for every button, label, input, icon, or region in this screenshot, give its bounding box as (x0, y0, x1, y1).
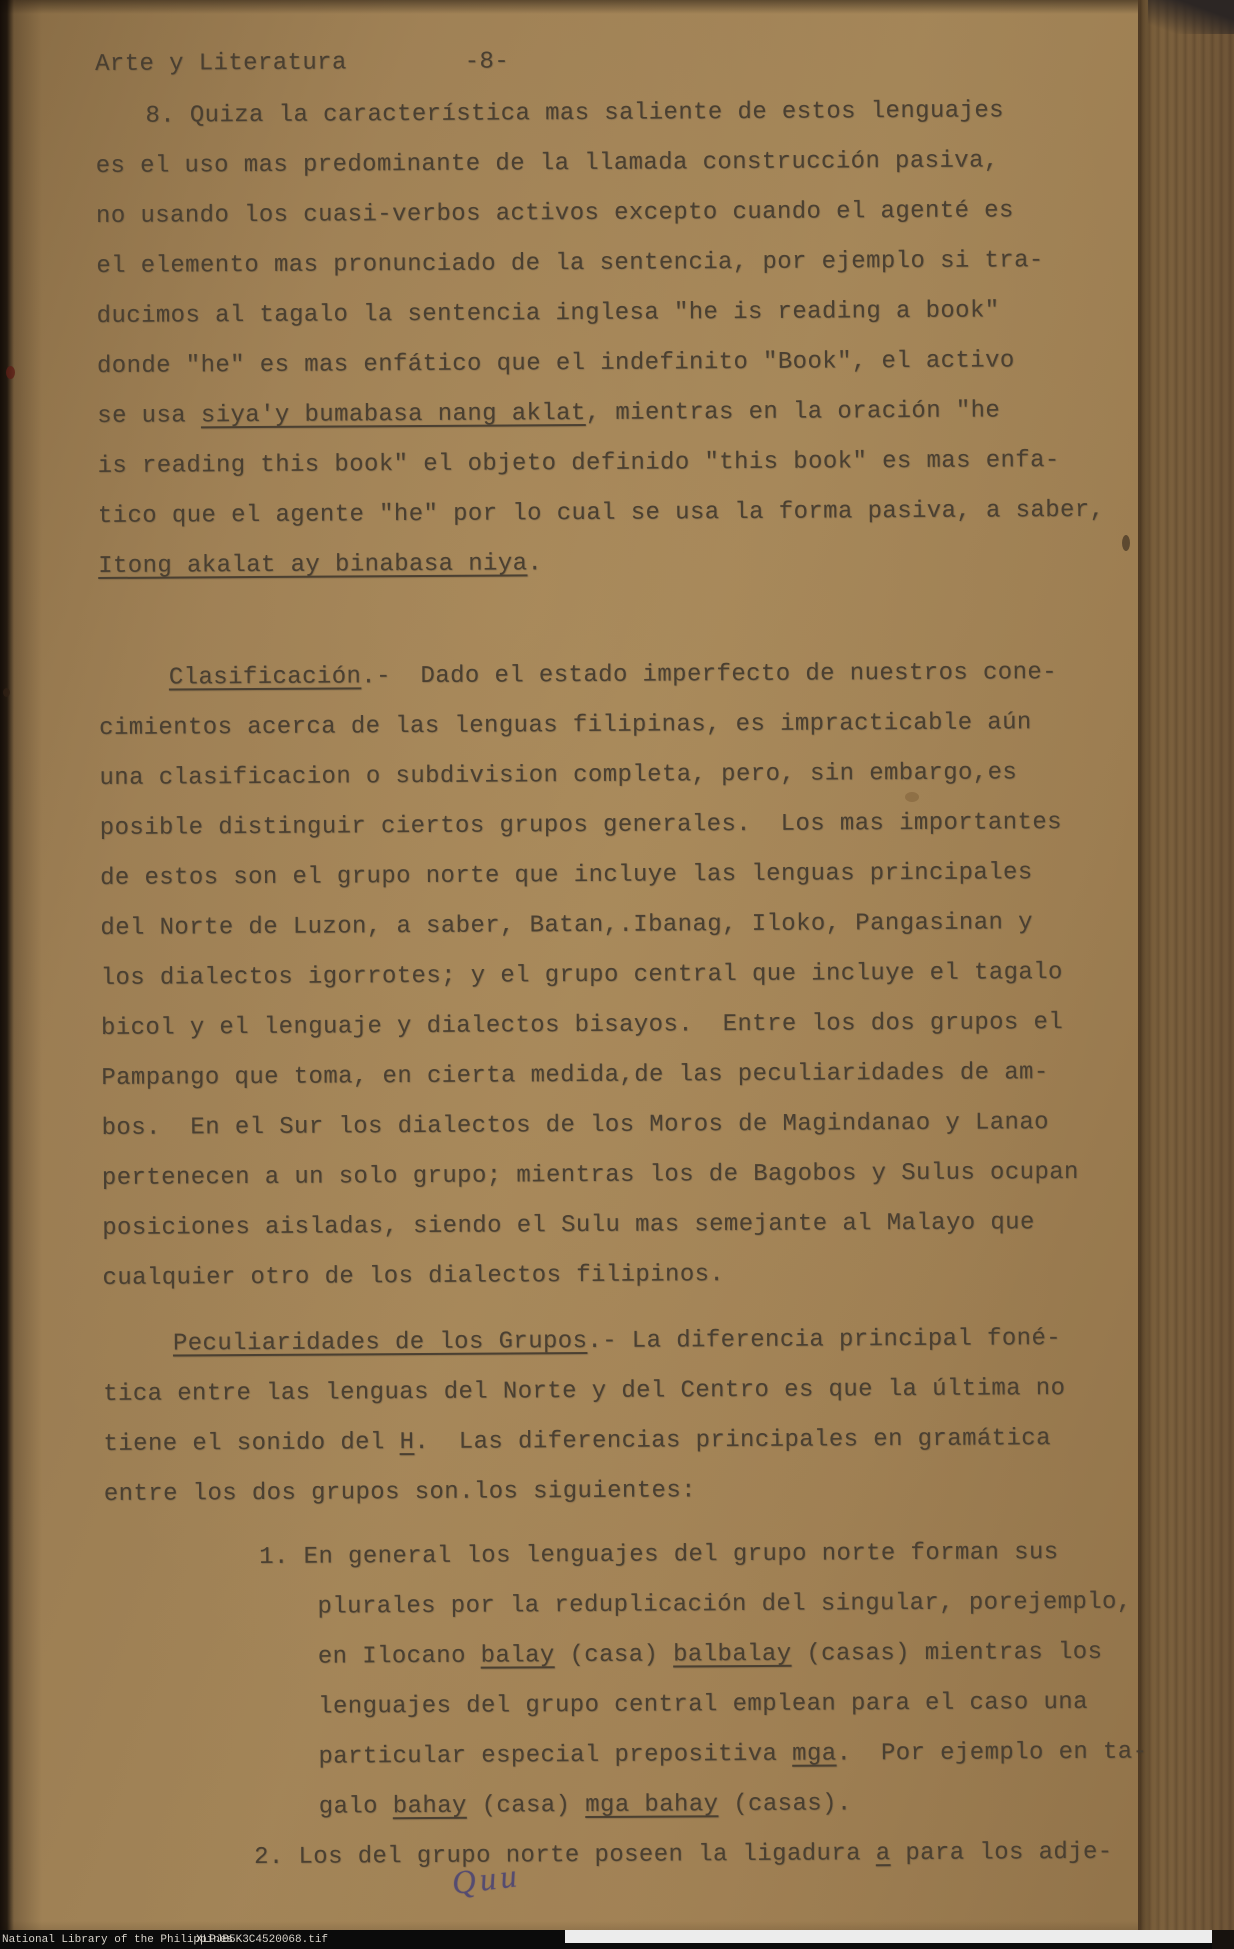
text-segment: galo (319, 1793, 393, 1820)
underlined-text: bahay (393, 1793, 467, 1820)
text-segment: donde "he" es mas enfático que el indefi… (97, 347, 1015, 380)
text-segment: , mientras en la oración "he (586, 397, 1001, 427)
paragraph: Clasificación.- Dado el estado imperfect… (99, 648, 1163, 1304)
underlined-text: Itong akalat ay binabasa niya (98, 550, 527, 580)
running-title: Arte y Literatura (95, 48, 347, 80)
text-segment: del Norte de Luzon, a saber, Batan,.Iban… (100, 909, 1033, 942)
typewritten-text: Arte y Literatura -8- 8. Quiza la caract… (95, 44, 1166, 1884)
text-segment: para los adje- (890, 1839, 1112, 1867)
text-segment: . (527, 550, 542, 577)
text-segment: cimientos acerca de las lenguas filipina… (99, 709, 1032, 742)
text-line: cualquier otro de los dialectos filipino… (102, 1248, 1162, 1304)
text-line: el elemento mas pronunciado de la senten… (96, 236, 1156, 292)
text-segment: (casas) mientras los (791, 1639, 1102, 1668)
corner-shadow (1148, 0, 1234, 34)
text-line: ducimos al tagalo la sentencia inglesa "… (96, 286, 1156, 342)
paragraph: 1. En general los lenguajes del grupo no… (104, 1527, 1166, 1833)
paragraph: Peculiaridades de los Grupos.- La difere… (103, 1314, 1164, 1520)
scan-filename-label: XLPJB5K3C4520068.tif (196, 1934, 328, 1946)
text-segment: (casa) (467, 1792, 586, 1820)
text-segment: is reading this book" el objeto definido… (97, 447, 1059, 480)
text-line: es el uso mas predominante de la llamada… (96, 136, 1156, 192)
scan-footer-light-strip (565, 1930, 1234, 1943)
text-segment: bos. En el Sur los dialectos de los Moro… (102, 1109, 1050, 1142)
paragraph: 8. Quiza la característica mas saliente … (95, 86, 1158, 592)
text-segment: . Por ejemplo en ta- (836, 1739, 1147, 1768)
text-line: entre los dos grupos son.los siguientes: (104, 1463, 1164, 1519)
text-segment: particular especial prepositiva (318, 1741, 792, 1771)
text-line: Peculiaridades de los Grupos.- La difere… (103, 1314, 1163, 1370)
scanned-document-page: { "scan": { "header": { "title": "Arte y… (0, 0, 1234, 1949)
underlined-text: a (876, 1840, 891, 1867)
text-line: pertenecen a un solo grupo; mientras los… (102, 1148, 1162, 1204)
text-segment: se usa (97, 402, 201, 430)
text-line: is reading this book" el objeto definido… (97, 436, 1157, 492)
paper-speck (6, 366, 15, 379)
text-segment: Pampango que toma, en cierta medida,de l… (101, 1059, 1049, 1092)
text-segment: 1. En general los lenguajes del grupo no… (259, 1539, 1058, 1571)
text-line: tico que el agente "he" por lo cual se u… (98, 486, 1158, 542)
text-segment: posiciones aisladas, siendo el Sulu mas … (102, 1209, 1035, 1242)
text-segment: los dialectos igorrotes; y el grupo cent… (101, 959, 1063, 992)
text-segment: una clasificacion o subdivision completa… (99, 759, 1017, 792)
paper-speck (3, 688, 10, 697)
text-segment: .- Dado el estado imperfecto de nuestros… (361, 659, 1057, 690)
text-segment: .- La diferencia principal foné- (587, 1325, 1061, 1355)
text-segment: entre los dos grupos son.los siguientes: (104, 1477, 696, 1508)
scan-footer-corner (1212, 1930, 1234, 1949)
text-segment: 8. Quiza la característica mas saliente … (145, 97, 1004, 129)
text-line: tica entre las lenguas del Norte y del C… (103, 1364, 1163, 1420)
paragraph: 2. Los del grupo norte poseen la ligadur… (106, 1827, 1166, 1883)
text-segment: pertenecen a un solo grupo; mientras los… (102, 1159, 1079, 1192)
text-line: Pampango que toma, en cierta medida,de l… (101, 1048, 1161, 1104)
text-line: cimientos acerca de las lenguas filipina… (99, 698, 1159, 754)
text-segment: lenguajes del grupo central emplean para… (318, 1689, 1088, 1721)
text-line: bos. En el Sur los dialectos de los Moro… (101, 1098, 1161, 1154)
text-line: 8. Quiza la característica mas saliente … (95, 86, 1155, 142)
text-segment: plurales por la reduplicación del singul… (317, 1589, 1131, 1621)
text-segment: . Las diferencias principales en gramáti… (414, 1425, 1051, 1456)
page-number: -8- (465, 47, 510, 77)
text-segment: no usando los cuasi-verbos activos excep… (96, 197, 1014, 230)
text-line: se usa siya'y bumabasa nang aklat, mient… (97, 386, 1157, 442)
text-segment: en Ilocano (318, 1643, 481, 1671)
text-line: del Norte de Luzon, a saber, Batan,.Iban… (100, 898, 1160, 954)
text-line: una clasificacion o subdivision completa… (99, 748, 1159, 804)
text-segment: cualquier otro de los dialectos filipino… (102, 1261, 724, 1292)
text-line: 1. En general los lenguajes del grupo no… (259, 1527, 1164, 1583)
text-line: tiene el sonido del H. Las diferencias p… (103, 1413, 1163, 1469)
text-line: posiciones aisladas, siendo el Sulu mas … (102, 1198, 1162, 1254)
underlined-text: siya'y bumabasa nang aklat (201, 400, 586, 429)
text-line: Clasificación.- Dado el estado imperfect… (99, 648, 1159, 704)
underlined-text: balbalay (673, 1641, 792, 1669)
document-header: Arte y Literatura -8- (95, 44, 1155, 80)
underlined-text: mga (792, 1741, 837, 1768)
text-line: bicol y el lenguaje y dialectos bisayos.… (101, 998, 1161, 1054)
underlined-text: balay (481, 1642, 555, 1669)
text-line: 2. Los del grupo norte poseen la ligadur… (254, 1827, 1166, 1883)
underlined-text: Peculiaridades de los Grupos (173, 1328, 588, 1358)
text-segment: (casa) (555, 1641, 674, 1669)
text-segment: el elemento mas pronunciado de la senten… (96, 247, 1044, 280)
text-line: lenguajes del grupo central emplean para… (318, 1677, 1165, 1732)
text-line: particular especial prepositiva mga. Por… (318, 1727, 1165, 1782)
underlined-text: H (399, 1429, 414, 1456)
text-line: posible distinguir ciertos grupos genera… (100, 798, 1160, 854)
text-line: plurales por la reduplicación del singul… (317, 1577, 1164, 1632)
underlined-text: mga bahay (585, 1791, 718, 1819)
text-line: galo bahay (casa) mga bahay (casas). (319, 1777, 1166, 1832)
text-segment: (casas). (718, 1790, 851, 1818)
text-segment: tica entre las lenguas del Norte y del C… (103, 1375, 1065, 1408)
text-segment: bicol y el lenguaje y dialectos bisayos.… (101, 1009, 1063, 1042)
text-segment: ducimos al tagalo la sentencia inglesa "… (97, 297, 1000, 330)
text-segment: posible distinguir ciertos grupos genera… (100, 809, 1062, 842)
text-segment: tiene el sonido del (103, 1429, 399, 1458)
text-line: no usando los cuasi-verbos activos excep… (96, 186, 1156, 242)
text-segment: es el uso mas predominante de la llamada… (96, 147, 999, 180)
underlined-text: Clasificación (169, 663, 362, 691)
text-line: donde "he" es mas enfático que el indefi… (97, 336, 1157, 392)
text-segment: 2. Los del grupo norte poseen la ligadur… (254, 1840, 876, 1871)
text-line: los dialectos igorrotes; y el grupo cent… (101, 948, 1161, 1004)
text-segment: tico que el agente "he" por lo cual se u… (98, 497, 1105, 530)
text-line: Itong akalat ay binabasa niya. (98, 536, 1158, 592)
scan-footer-bar: National Library of the Philippines XLPJ… (0, 1930, 1234, 1949)
text-line: en Ilocano balay (casa) balbalay (casas)… (318, 1627, 1165, 1682)
text-segment: de estos son el grupo norte que incluye … (100, 859, 1033, 892)
text-line: de estos son el grupo norte que incluye … (100, 848, 1160, 904)
